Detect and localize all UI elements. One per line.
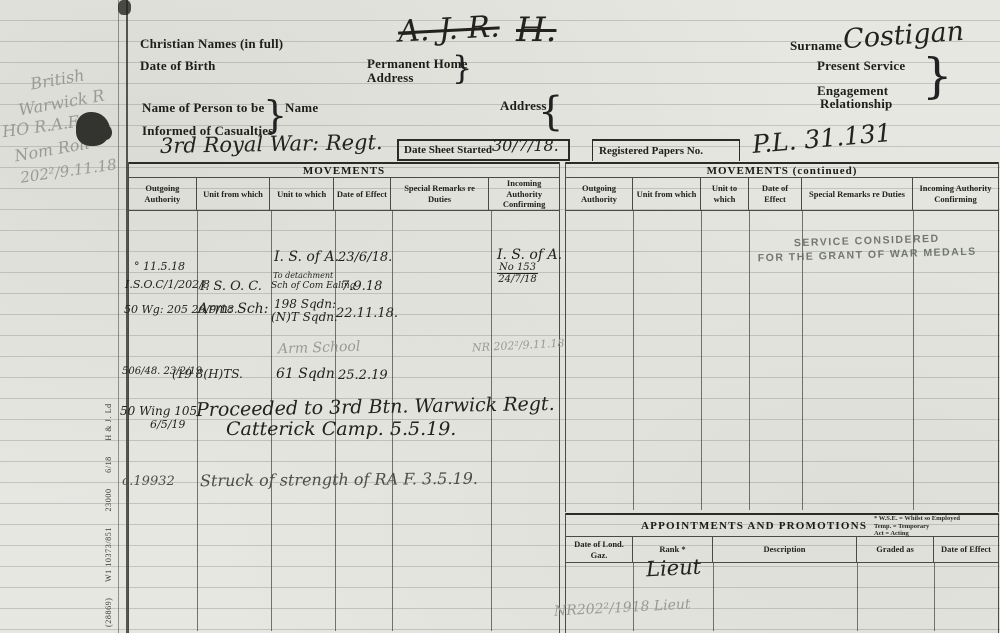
- col-date-of-effect: Date of Effect: [334, 178, 391, 210]
- record-card-scan: British Warwick R HO R.A.F Nom Roll 202²…: [0, 0, 1000, 633]
- permanent-home-brace: }: [452, 52, 472, 84]
- col-incoming-authority: Incoming Authority Confirming: [489, 178, 559, 210]
- col2-unit-to: Unit to which: [701, 178, 749, 210]
- date-sheet-started-label: Date Sheet Started: [404, 144, 492, 156]
- entry-pencil-arm-school: Arm School: [278, 339, 361, 358]
- entry-incoming-num: No 153: [497, 262, 538, 274]
- col-description: Description: [713, 537, 857, 562]
- col2-outgoing-authority: Outgoing Authority: [566, 178, 633, 210]
- movements-continued-title-band: MOVEMENTS (continued): [566, 162, 998, 178]
- casualties-label-line1: Name of Person to be: [142, 100, 264, 116]
- entry-incoming-fraction: No 153 24/7/18: [497, 262, 538, 285]
- date-of-birth-label: Date of Birth: [140, 58, 216, 74]
- service-engagement-brace: }: [922, 52, 953, 100]
- form-print-code: (28869) W1 10373/851 23000 6/18 H & J. L…: [104, 382, 113, 627]
- col-outgoing-authority: Outgoing Authority: [129, 178, 197, 210]
- col-unit-to: Unit to which: [270, 178, 334, 210]
- col2-incoming-authority: Incoming Authority Confirming: [913, 178, 998, 210]
- entry-row4-date: 25.2.19: [338, 368, 388, 383]
- corner-smudge: [118, 0, 131, 15]
- col2-special-remarks: Special Remarks re Duties: [802, 178, 913, 210]
- col-date-lond-gaz: Date of Lond. Gaz.: [566, 537, 633, 562]
- address-brace: {: [538, 92, 563, 132]
- movements-continued-header-row: Outgoing Authority Unit from which Unit …: [566, 178, 998, 211]
- movements-header-row: Outgoing Authority Unit from which Unit …: [129, 178, 559, 211]
- entry-incoming-line1: I. S. of A.: [497, 247, 562, 263]
- permanent-home-address-label: Address: [367, 70, 414, 86]
- col-graded-as: Graded as: [857, 537, 934, 562]
- legend-temp: Temp. = Temporary: [874, 523, 960, 531]
- appointments-rank-value: Lieut: [645, 555, 701, 582]
- entry-row5-auth-1: 50 Wing 105: [120, 404, 197, 418]
- entry-row1-unit-to: I. S. of A.: [274, 249, 339, 265]
- present-service-label: Present Service: [817, 58, 905, 74]
- entry-row3-date: 22.11.18.: [336, 306, 398, 321]
- entry-row3-unit-from: Arm: Sch:: [198, 301, 268, 317]
- entry-row6-auth: c.19932: [122, 474, 175, 489]
- entry-row6-text: Struck of strength of RA F. 3.5.19.: [200, 469, 478, 490]
- movements-continued-title: MOVEMENTS (continued): [566, 164, 998, 177]
- appointments-title: APPOINTMENTS AND PROMOTIONS: [641, 520, 867, 532]
- christian-names-value: A. J. R.: [397, 9, 500, 49]
- entry-row2-unit-from: I. S. O. C.: [200, 279, 262, 294]
- col-unit-from: Unit from which: [197, 178, 271, 210]
- ink-blot-small: [98, 124, 112, 140]
- christian-names-label: Christian Names (in full): [140, 36, 283, 52]
- entry-row3-unit-to-2: (N)T Sqdn:: [271, 310, 338, 324]
- entry-row5-text-2: Catterick Camp. 5.5.19.: [226, 418, 456, 440]
- entry-row1-date: 23/6/18.: [338, 250, 392, 265]
- appointments-header-row: Date of Lond. Gaz. Rank * Description Gr…: [566, 537, 998, 563]
- legend-act: Act = Acting: [874, 530, 960, 538]
- movements-title-band: MOVEMENTS: [129, 162, 559, 178]
- casualties-brace: }: [263, 96, 287, 134]
- entry-row4-unit-to: 61 Sqdn: [276, 366, 335, 382]
- entry-row2-date: 7.9.18: [341, 279, 382, 294]
- scratched-initial: H.: [516, 10, 556, 50]
- movements-table-right: MOVEMENTS (continued) Outgoing Authority…: [565, 162, 999, 512]
- appointments-body: [566, 563, 998, 631]
- col2-unit-from: Unit from which: [633, 178, 701, 210]
- col-special-remarks: Special Remarks re Duties: [391, 178, 490, 210]
- entry-row3-unit-to-1: 198 Sqdn:: [274, 297, 336, 311]
- registered-papers-value: P.L. 31.131: [751, 118, 893, 159]
- relationship-label: Relationship: [820, 96, 892, 112]
- date-sheet-started-value: 30/7/18.: [492, 136, 559, 155]
- entry-row5-auth-2: 6/5/19: [150, 418, 185, 431]
- entry-row2-auth: I.S.O.C/1/202/8: [125, 278, 210, 291]
- entry-row1-auth: ° 11.5.18: [134, 260, 185, 273]
- registered-papers-label: Registered Papers No.: [599, 145, 703, 157]
- margin-rule-thin: [118, 0, 119, 633]
- registered-papers-box: Registered Papers No.: [592, 139, 740, 161]
- appointments-legend: * W.S.E. = Whilst so Employed Temp. = Te…: [874, 515, 960, 538]
- unit-note-handwritten: 3rd Royal War: Regt.: [160, 130, 383, 158]
- legend-wse: * W.S.E. = Whilst so Employed: [874, 515, 960, 523]
- name-label: Name: [285, 100, 318, 116]
- entry-row4-unit-from: (19 8(H)TS.: [172, 367, 243, 381]
- entry-row2-unit-to-1: To detachment: [273, 271, 333, 280]
- surname-label: Surname: [790, 38, 842, 54]
- col2-date-of-effect: Date of Effect: [749, 178, 802, 210]
- entry-incoming-den: 24/7/18: [498, 274, 537, 285]
- appointments-title-band: APPOINTMENTS AND PROMOTIONS * W.S.E. = W…: [566, 513, 998, 537]
- col-app-date-of-effect: Date of Effect: [934, 537, 998, 562]
- movements-title: MOVEMENTS: [129, 164, 559, 177]
